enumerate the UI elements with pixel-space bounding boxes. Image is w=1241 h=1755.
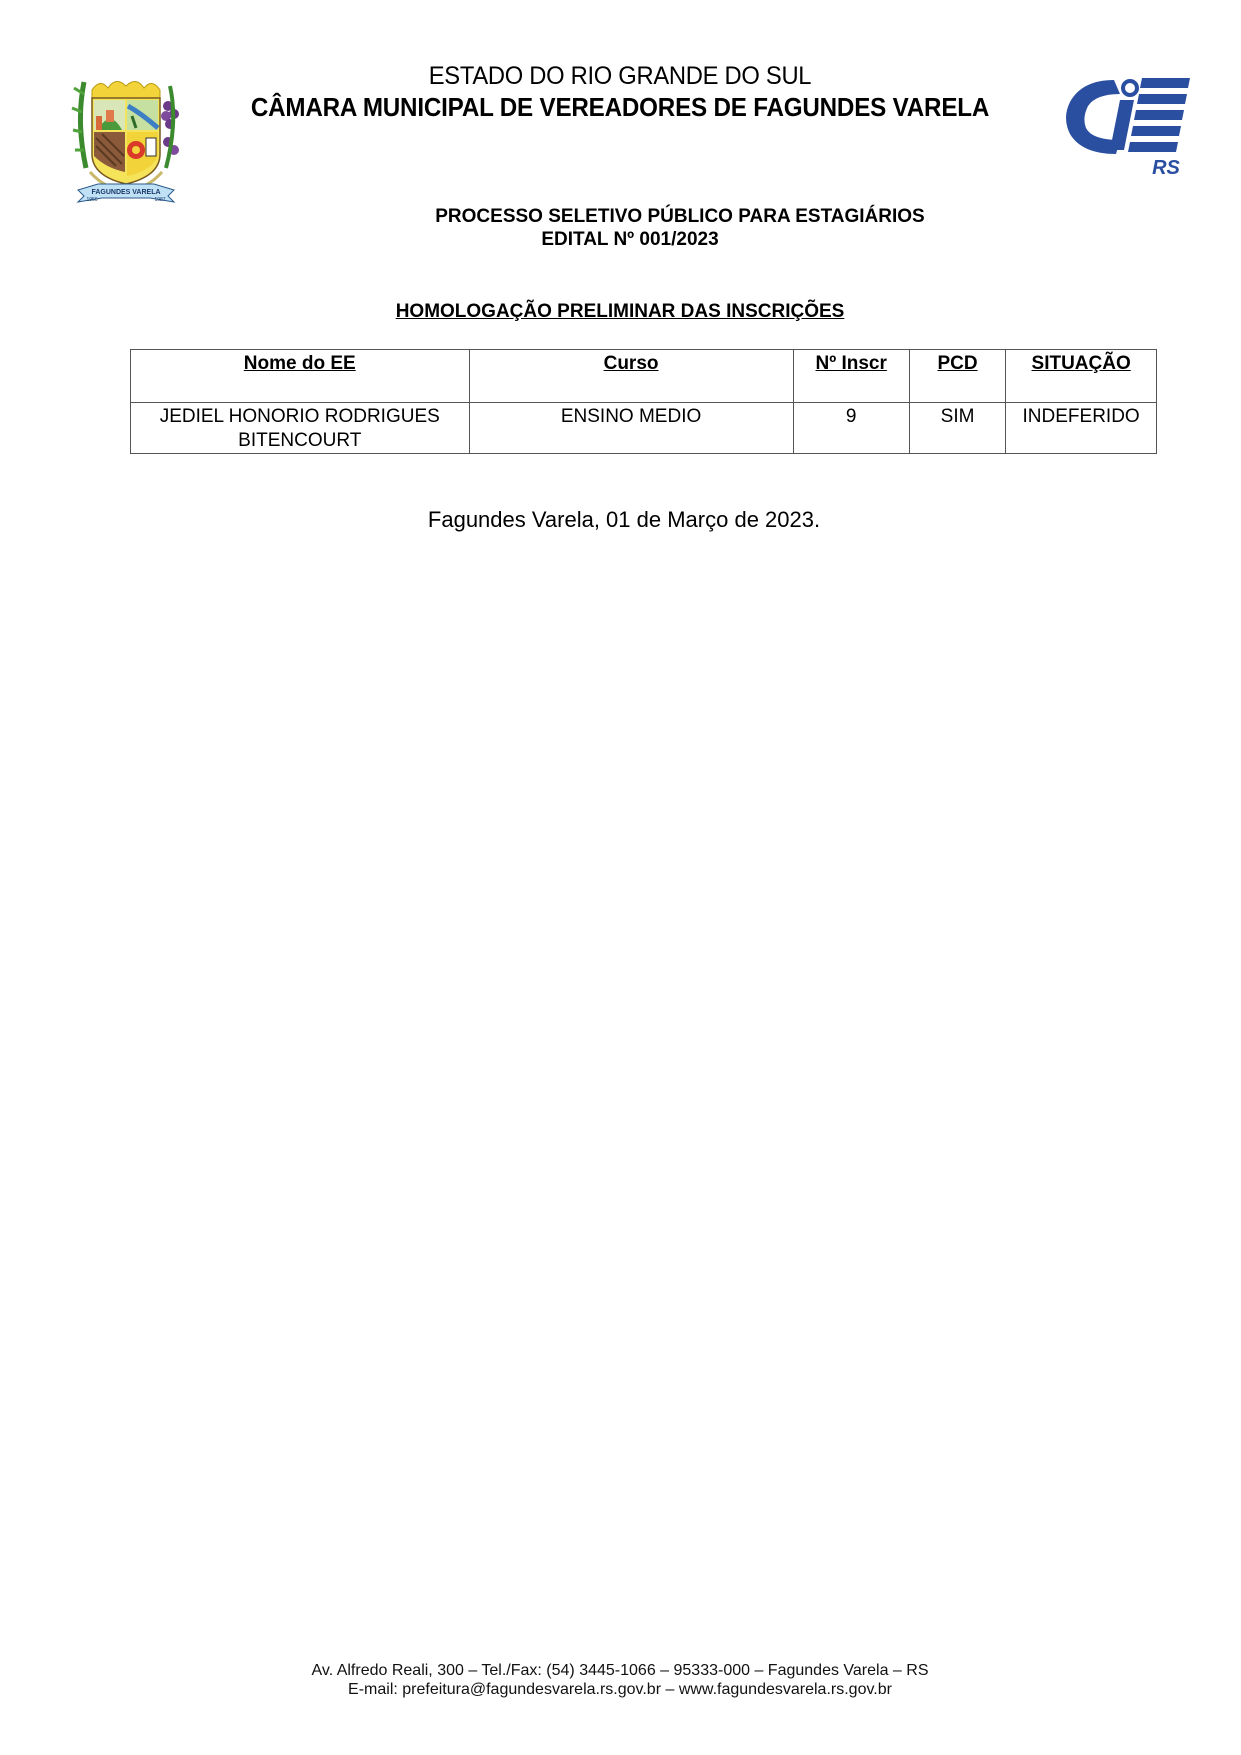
table-row: JEDIEL HONORIO RODRIGUES BITENCOURT ENSI… xyxy=(131,403,1157,454)
svg-text:1987: 1987 xyxy=(154,197,165,203)
section-title: HOMOLOGAÇÃO PRELIMINAR DAS INSCRIÇÕES xyxy=(300,301,940,323)
registrations-table: Nome do EE Curso Nº Inscr PCD SITUAÇÃO J… xyxy=(130,349,1157,454)
svg-text:FAGUNDES VARELA: FAGUNDES VARELA xyxy=(91,189,160,196)
footer-address: Av. Alfredo Reali, 300 – Tel./Fax: (54) … xyxy=(200,1662,1040,1680)
svg-text:1956: 1956 xyxy=(86,197,97,203)
coat-of-arms-icon: FAGUNDES VARELA 1956 1987 xyxy=(70,72,182,206)
column-header-curso: Curso xyxy=(469,350,793,403)
cell-inscr: 9 xyxy=(793,403,909,454)
edital-number: EDITAL Nº 001/2023 xyxy=(420,229,840,251)
svg-text:RS: RS xyxy=(1152,157,1180,178)
cell-situacao: INDEFERIDO xyxy=(1006,403,1157,454)
footer-contact: E-mail: prefeitura@fagundesvarela.rs.gov… xyxy=(200,1681,1040,1699)
cell-curso: ENSINO MEDIO xyxy=(469,403,793,454)
ciee-logo-icon: RS xyxy=(1062,74,1194,178)
table-header-row: Nome do EE Curso Nº Inscr PCD SITUAÇÃO xyxy=(131,350,1157,403)
institution-heading: CÂMARA MUNICIPAL DE VEREADORES DE FAGUND… xyxy=(220,92,1020,123)
column-header-inscr: Nº Inscr xyxy=(793,350,909,403)
column-header-pcd: PCD xyxy=(909,350,1005,403)
process-title: PROCESSO SELETIVO PÚBLICO PARA ESTAGIÁRI… xyxy=(300,206,1060,228)
column-header-nome: Nome do EE xyxy=(131,350,470,403)
column-header-situacao: SITUAÇÃO xyxy=(1006,350,1157,403)
state-heading: ESTADO DO RIO GRANDE DO SUL xyxy=(212,62,1029,91)
cell-nome: JEDIEL HONORIO RODRIGUES BITENCOURT xyxy=(131,403,470,454)
date-line: Fagundes Varela, 01 de Março de 2023. xyxy=(300,507,948,533)
cell-pcd: SIM xyxy=(909,403,1005,454)
